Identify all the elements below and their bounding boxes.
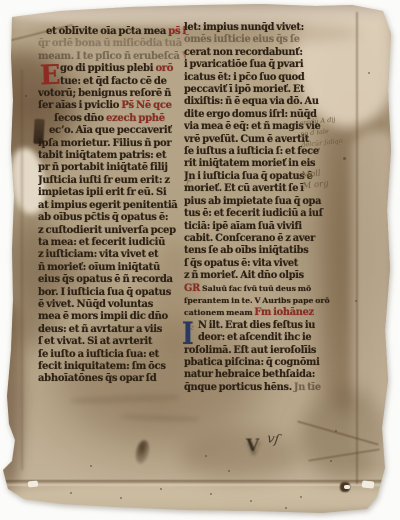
- manuscript-line: let: impius nunq̄d vivet:: [184, 22, 330, 34]
- manuscript-line: roſolimā. Eſt aut ieroſolīis: [184, 345, 330, 357]
- manuscript-line: impietas ipii erit ſr eū. Si: [38, 187, 186, 199]
- body-text: et oblīvite oīa pc̄ta mea: [46, 26, 168, 37]
- manuscript-line: q̄r orlē bona ū miſicōdia tuā: [38, 38, 186, 50]
- body-text: impietas ipii erit ſr eū. Si: [38, 187, 166, 198]
- margin-note-lower: Moll M org: [301, 165, 353, 192]
- manuscript-line: fecit iniquitatem: ſm ōcs: [38, 361, 186, 373]
- manuscript-line: i pvaricatiōe ſua q̄ pvari: [184, 59, 330, 71]
- body-text: Juſticia iuſti ſr eum erit: z: [38, 175, 170, 186]
- body-text: q̄r orlē bona ū miſicōdia tuā: [38, 38, 182, 49]
- rubric-text: GR: [184, 283, 202, 294]
- speckle: [205, 455, 207, 457]
- margin-note-upper: gradū A dij no d tale delcūr ſaliqo: [298, 112, 361, 151]
- speckle: [330, 460, 332, 462]
- body-text: ecʼo. Aīa que peccaveriť: [49, 125, 172, 136]
- body-text: i pvaricatiōe ſua q̄ pvari: [184, 59, 303, 70]
- body-text: cationem meam: [184, 308, 254, 317]
- body-text: vrē pveſūt. Cum ē avertit: [184, 134, 309, 145]
- stain: [0, 300, 24, 490]
- body-text: natur hebraice bethſaida:: [184, 369, 315, 380]
- body-text: z ñ morieť. Ait dn̄o olpīs: [184, 270, 304, 281]
- stain: [180, 430, 300, 480]
- manuscript-line: z cuſtodierit univerſa pcep: [38, 225, 186, 237]
- body-text: tens ſe ab oībs iniq̄tatibs: [184, 245, 308, 256]
- speckle: [343, 157, 346, 160]
- body-text: ſecos dn̄o: [54, 113, 106, 124]
- speckle: [160, 488, 162, 490]
- manuscript-line: peccaviť ī ipō morieť. Et: [184, 84, 330, 96]
- manuscript-line: mea ē mors impii dic dn̄o: [38, 311, 186, 323]
- body-text: ta mea: et fecerit iudiciū: [38, 237, 165, 248]
- manuscript-line: icatus ēt: i pc̄o ſuo quod: [184, 72, 330, 84]
- pen-squiggle: z: [190, 323, 194, 332]
- white-chip: [344, 485, 350, 489]
- body-text: pius ab impietate ſua q̄ opa: [184, 196, 321, 207]
- stain: [300, 390, 390, 480]
- manuscript-line: z ñ morieť. Ait dn̄o olpīs: [184, 270, 330, 282]
- manuscript-line: pbatica piſcina: q̄ cognōmi: [184, 357, 330, 369]
- manuscript-line: at impius egerit penitentiā: [38, 200, 186, 212]
- body-text: deor: et aſcendit ih̄c ie: [198, 332, 311, 343]
- wrinkle: [308, 448, 379, 461]
- white-chip: [362, 480, 375, 488]
- speckle: [335, 430, 337, 432]
- body-text: ſer aīas i pviclio: [38, 100, 121, 111]
- body-text: tabit iniq̄tatem patris: et: [38, 150, 166, 161]
- manuscript-line: bor. I iuſticia ſua q̄ opatus: [38, 287, 186, 299]
- speckle: [120, 497, 122, 499]
- manuscript-line: ipſa morietur. Filius ñ por: [38, 138, 186, 150]
- light-bottom-band: [0, 484, 400, 514]
- body-text: ē vivet. Nūq̄d voluntas: [38, 299, 153, 310]
- body-text: cabit. Conſcerano ē z aver: [184, 233, 315, 244]
- body-text: q̄nque porticus hēns.: [184, 382, 294, 393]
- body-text: Jn tīe: [294, 382, 321, 393]
- body-text: go di ppitius plebi: [60, 63, 155, 74]
- body-text: Saluū fac ſvū tuū deus mō: [202, 284, 311, 293]
- body-text: tue: et q̄d facto cē de: [60, 76, 167, 87]
- right-text-column: let: impius nunq̄d vivet:ōmēs iuſticie e…: [184, 22, 330, 394]
- manuscript-line: ñ morieť: oīum iniq̄tatū: [38, 262, 186, 274]
- manuscript-line: et oblīvite oīa pc̄ta mea ps̄ ilo: [38, 26, 186, 38]
- manuscript-line: ſ q̄s opatus ē: vita vivet: [184, 258, 330, 270]
- body-text: z cuſtodierit univerſa pcep: [38, 225, 176, 236]
- body-text: pbatica piſcina: q̄ cognōmi: [184, 357, 320, 368]
- body-text: dite ergo domus iſrl: nūq̄d: [184, 109, 317, 120]
- manuscript-line: z iuſticiam: vita vivet et: [38, 249, 186, 261]
- manuscript-line: ſe iuſto a iuſticia ſua: et: [38, 349, 186, 361]
- body-text: bor. I iuſticia ſua q̄ opatus: [38, 287, 171, 298]
- manuscript-line: deus: et ñ avrtatur a viis: [38, 324, 186, 336]
- rubric-text: ezech pphē: [106, 113, 165, 124]
- body-text: fecit iniquitatem: ſm ōcs: [38, 361, 166, 372]
- photograph-background: et oblīvite oīa pc̄ta mea ps̄ iloq̄r orl…: [0, 0, 400, 520]
- speckle: [285, 507, 287, 509]
- body-text: ſe iuſto a iuſticia ſua: et: [38, 349, 159, 360]
- manuscript-line: ē vivet. Nūq̄d voluntas: [38, 299, 186, 311]
- horizontal-fold-line: [0, 480, 400, 483]
- body-text: let: impius nunq̄d vivet:: [184, 22, 304, 33]
- body-text: at impius egerit penitentiā: [38, 200, 178, 211]
- manuscript-line: ſ et vivat. Si at avrterit: [38, 336, 186, 348]
- speckle: [318, 148, 320, 150]
- white-chip: [28, 481, 38, 488]
- speckle: [25, 95, 27, 97]
- rubric-text: orō: [155, 63, 173, 74]
- body-text: icatus ēt: i pc̄o ſuo quod: [184, 72, 304, 83]
- body-text: ticiā: ipē aīam ſuā vivifi: [184, 221, 302, 232]
- body-text: roſolimā. Eſt aut ieroſolīis: [184, 345, 316, 356]
- manuscript-leaf-wrapper: et oblīvite oīa pc̄ta mea ps̄ iloq̄r orl…: [0, 0, 400, 520]
- body-text: Jn i iuſticia ſua q̄ opatus ē: [184, 171, 313, 182]
- manuscript-line: pr ñ portabit iniq̄tatē filij: [38, 162, 186, 174]
- stain: [322, 30, 384, 410]
- manuscript-line: deor: et aſcendit ih̄c ie: [184, 332, 330, 344]
- vertical-fold-line: [21, 70, 23, 470]
- body-text: rit iniq̄tatem morieť in eis: [184, 158, 315, 169]
- faded-smudge: [120, 414, 200, 423]
- manuscript-line: pius ab impietate ſua q̄ opa: [184, 196, 330, 208]
- body-text: ſ q̄s opatus ē: vita vivet: [184, 258, 298, 269]
- body-text: deus: et ñ avrtatur a viis: [38, 324, 162, 335]
- speckle: [70, 492, 72, 494]
- manuscript-line: ticiā: ipē aīam ſuā vivifi: [184, 221, 330, 233]
- manuscript-line: ta mea: et fecerit iudiciū: [38, 237, 186, 249]
- body-text: mea ē mors impii dic dn̄o: [38, 311, 168, 322]
- rubric-text: Ps̄ Nē qce: [121, 100, 171, 111]
- body-text: N ilt̄. Erat dies feſtus iu: [198, 320, 315, 331]
- light-edge-band: [352, 130, 398, 460]
- vertical-fold-line: [356, 12, 358, 484]
- manuscript-line: eius q̄s opatus ē ñ recorda: [38, 274, 186, 286]
- manuscript-line: Juſticia iuſti ſr eum erit: z: [38, 175, 186, 187]
- manuscript-line: GR Saluū fac ſvū tuū deus mō: [184, 283, 330, 295]
- manuscript-line: cerat non recordabunť:: [184, 47, 330, 59]
- body-text: ab oībus pc̄tis q̄ opatus ē:: [38, 212, 168, 223]
- manuscript-line: cabit. Conſcerano ē z aver: [184, 233, 330, 245]
- body-text: ſe iuſtus a iuſticia ſ: et fece: [184, 146, 319, 157]
- speckle: [65, 505, 67, 507]
- manuscript-line: q̄nque porticus hēns. Jn tīe: [184, 382, 330, 394]
- manuscript-line: ab oībus pc̄tis q̄ opatus ē:: [38, 212, 186, 224]
- dark-spot: [340, 482, 350, 492]
- speckle: [300, 496, 302, 498]
- body-text: tus ē: et fecerit iudiciū a iuſ: [184, 208, 323, 219]
- body-text: ſperantem in te. V Auribs pape orō: [184, 296, 330, 305]
- wrinkle: [297, 420, 378, 445]
- manuscript-line: tabit iniq̄tatem patris: et: [38, 150, 186, 162]
- manuscript-line: N ilt̄. Erat dies feſtus iu: [184, 320, 330, 332]
- body-text: eius q̄s opatus ē ñ recorda: [38, 274, 173, 285]
- pen-trial-v-mark: V: [246, 436, 259, 456]
- speckle: [228, 470, 230, 472]
- body-text: peccaviť ī ipō morieť. Et: [184, 84, 304, 95]
- manuscript-line: ōmēs iuſticie eius q̄s ſe: [184, 34, 330, 46]
- body-text: cerat non recordabunť:: [184, 47, 303, 58]
- manuscript-leaf: et oblīvite oīa pc̄ta mea ps̄ iloq̄r orl…: [0, 0, 400, 520]
- fold-highlight: [0, 484, 400, 486]
- body-text: ſ et vivat. Si at avrterit: [38, 336, 152, 347]
- pen-trial-vs-mark: vſ: [266, 431, 280, 448]
- body-text: dixiſtis: ñ ē equa via dō. Au: [184, 96, 319, 107]
- manuscript-line: ſer aīas i pviclio Ps̄ Nē qce: [38, 100, 186, 112]
- speckle: [210, 493, 212, 495]
- blue-initial: I: [182, 315, 194, 351]
- speckle: [368, 72, 370, 74]
- body-text: ōmēs iuſticie eius q̄s ſe: [184, 34, 300, 45]
- manuscript-line: dixiſtis: ñ ē equa via dō. Au: [184, 96, 330, 108]
- manuscript-line: tus ē: et fecerit iudiciū a iuſ: [184, 208, 330, 220]
- faded-smudge: [70, 393, 180, 405]
- manuscript-line: cationem meam Fm iohānez: [184, 307, 330, 319]
- manuscript-line: tens ſe ab oībs iniq̄tatibs: [184, 245, 330, 257]
- speckle: [355, 300, 357, 302]
- manuscript-line: natur hebraice bethſaida:: [184, 369, 330, 381]
- body-text: ñ morieť: oīum iniq̄tatū: [38, 262, 160, 273]
- body-text: ipſa morietur. Filius ñ por: [38, 138, 171, 149]
- manuscript-line: ecʼo. Aīa que peccaveriť: [38, 125, 186, 137]
- ink-blot: [134, 439, 152, 465]
- body-text: pr ñ portabit iniq̄tatē filij: [38, 162, 168, 173]
- body-text: morieť. Et cū avertit ſe ī: [184, 183, 304, 194]
- body-text: abhoīatōnes q̄s opar ſd: [38, 373, 156, 384]
- speckle: [90, 465, 92, 467]
- red-lombardic-initial: E: [39, 60, 61, 92]
- speckle: [40, 330, 42, 332]
- manuscript-line: abhoīatōnes q̄s opar ſd: [38, 373, 186, 385]
- speckle: [250, 500, 252, 502]
- rubric-text: Fm iohānez: [254, 307, 313, 318]
- manuscript-line: ſperantem in te. V Auribs pape orō: [184, 295, 330, 307]
- body-text: z iuſticiam: vita vivet et: [38, 249, 158, 260]
- manuscript-line: ſecos dn̄o ezech pphē: [38, 113, 186, 125]
